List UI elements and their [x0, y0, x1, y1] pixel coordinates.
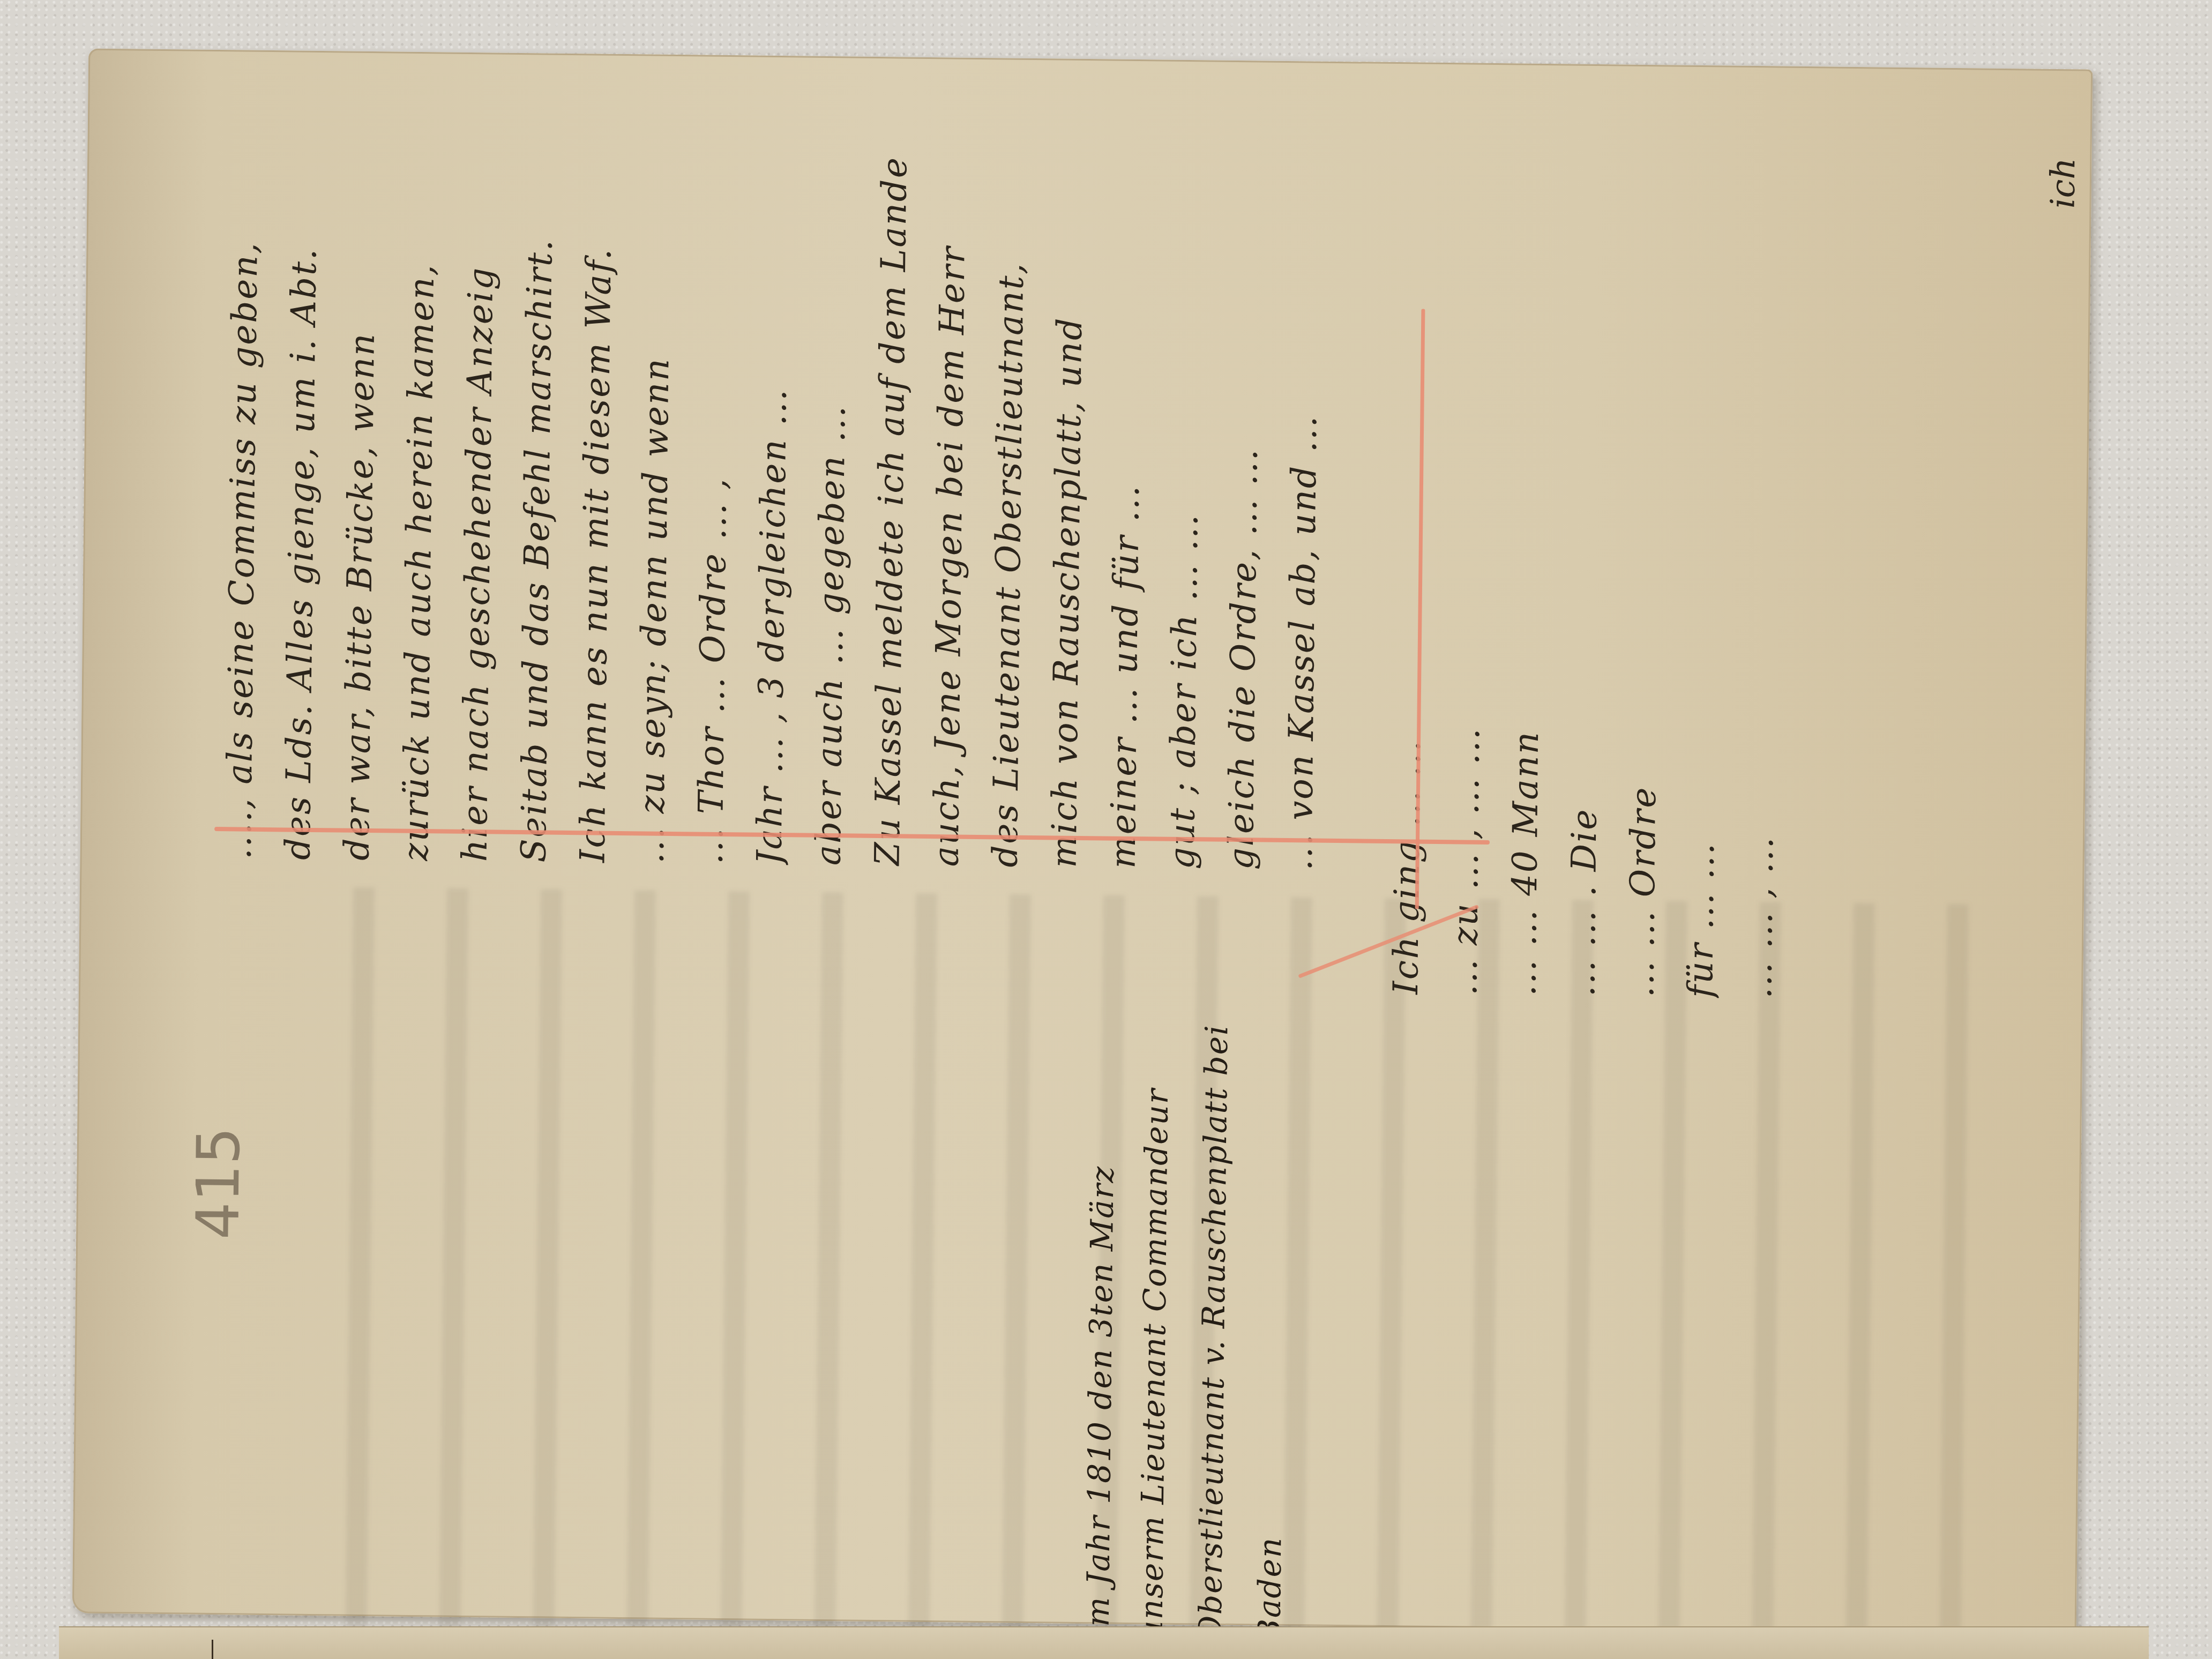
text-line: Jahr ... , 3 dergleichen ... — [750, 88, 806, 865]
text-line: auch, Jene Morgen bei dem Herr — [926, 89, 983, 867]
margin-note-line-2: unserm Lieutenant Commandeur — [1133, 997, 1183, 1641]
margin-note-line-1: Im Jahr 1810 den 3ten März — [1079, 997, 1129, 1640]
manuscript-page: 415 Im Jahr 1810 den 3ten März unserm Li… — [72, 48, 2093, 1634]
text-line: gut ; aber ich ... ... — [1162, 92, 1219, 870]
text-line: Zu Kassel meldete ich auf dem Lande — [868, 89, 924, 866]
text-line: ... ... 40 Mann — [1504, 85, 1562, 996]
margin-note-line-3: Oberstlieutnant v. Rauschenplatt bei — [1192, 998, 1242, 1641]
folio-number: 415 — [183, 1100, 244, 1239]
margin-note-line-4: Baden — [1251, 1502, 1295, 1642]
text-line: ... ... . Die — [1563, 86, 1621, 997]
text-line: aber auch ... gegeben ... — [809, 88, 865, 866]
text-line: ... von Kassel ab, und ... — [1280, 93, 1336, 871]
text-line: Ich kann es nun mit diesem Waf. — [573, 86, 630, 863]
text-line: des Lds. Alles gienge, um i. Abt. — [279, 83, 335, 860]
text-line: mich von Rauschenplatt, und — [1044, 91, 1101, 868]
text-line: gleich die Ordre, ... ... — [1221, 93, 1277, 870]
text-line: ... zu ... , ... ... — [1445, 84, 1503, 996]
text-line: ... ... , ... — [1740, 87, 1798, 999]
text-line: der war, bitte Brücke, wenn — [338, 84, 394, 861]
text-line: ...., als seine Commiss zu geben, — [220, 82, 276, 860]
text-line: ... Thor ... Ordre ... , — [691, 87, 748, 864]
text-line: ... ... Ordre — [1622, 86, 1680, 998]
text-line: hier nach geschehender Anzeig — [455, 85, 512, 862]
catchword: ich — [2043, 144, 2086, 209]
next-page-edge — [59, 1626, 2149, 1659]
text-line: Seitab und das Befehl marschirt. — [514, 85, 571, 863]
page-edge-mark — [212, 1640, 213, 1659]
text-line: zurück und auch herein kamen, — [397, 84, 453, 862]
text-line: des Lieutenant Oberstlieutnant, — [985, 90, 1042, 868]
text-line: meiner ... und für ... — [1103, 91, 1160, 869]
text-line: für ... ... — [1681, 87, 1739, 998]
text-line: ... zu seyn; denn und wenn — [632, 86, 689, 864]
